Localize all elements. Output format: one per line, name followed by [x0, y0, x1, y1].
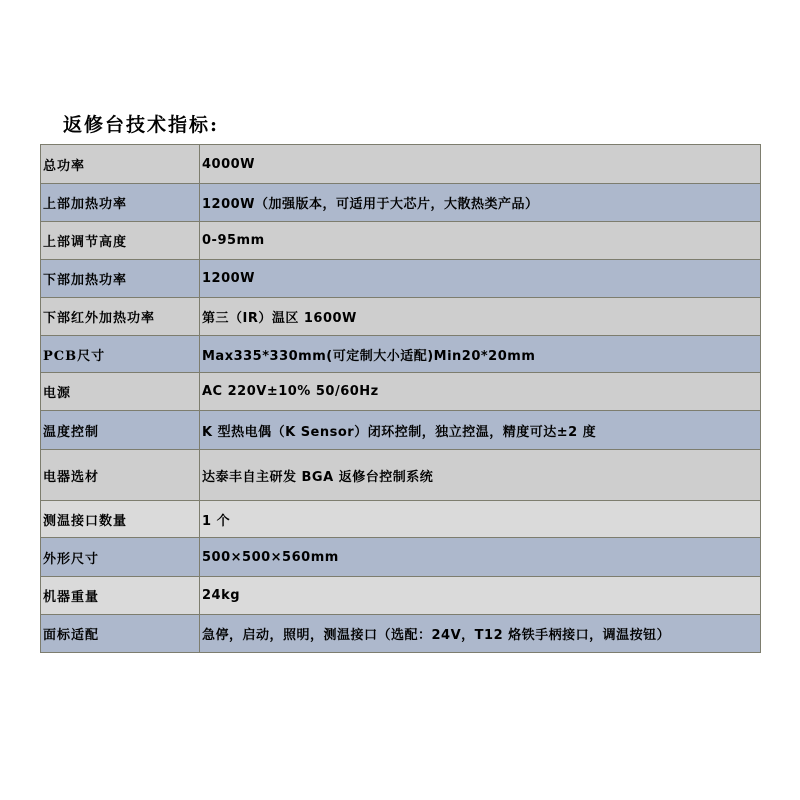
spec-label: 面标适配 [41, 615, 200, 653]
table-row: 上部加热功率 1200W（加强版本，可适用于大芯片，大散热类产品） [41, 184, 761, 222]
spec-value: 急停，启动，照明，测温接口（选配：24V，T12 烙铁手柄接口，调温按钮） [200, 615, 761, 653]
table-row: 电器选材 达泰丰自主研发 BGA 返修台控制系统 [41, 450, 761, 501]
table-row: 下部红外加热功率 第三（IR）温区 1600W [41, 298, 761, 336]
table-row: 外形尺寸 500×500×560mm [41, 538, 761, 577]
table-row: 电源 AC 220V±10% 50/60Hz [41, 373, 761, 411]
table-row: PCB尺寸 Max335*330mm(可定制大小适配)Min20*20mm [41, 336, 761, 373]
spec-value: 达泰丰自主研发 BGA 返修台控制系统 [200, 450, 761, 501]
table-row: 上部调节高度 0-95mm [41, 222, 761, 260]
spec-value: 1200W [200, 260, 761, 298]
table-row: 测温接口数量 1 个 [41, 501, 761, 538]
spec-table: 总功率 4000W 上部加热功率 1200W（加强版本，可适用于大芯片，大散热类… [40, 144, 761, 653]
spec-label: 电器选材 [41, 450, 200, 501]
spec-label: 上部调节高度 [41, 222, 200, 260]
spec-value: 500×500×560mm [200, 538, 761, 577]
spec-label: 机器重量 [41, 577, 200, 615]
spec-label: 测温接口数量 [41, 501, 200, 538]
spec-label: 上部加热功率 [41, 184, 200, 222]
spec-value: 24kg [200, 577, 761, 615]
spec-value: 第三（IR）温区 1600W [200, 298, 761, 336]
table-row: 下部加热功率 1200W [41, 260, 761, 298]
spec-value: 1 个 [200, 501, 761, 538]
spec-value: K 型热电偶（K Sensor）闭环控制，独立控温，精度可达±2 度 [200, 411, 761, 450]
table-row: 机器重量 24kg [41, 577, 761, 615]
spec-label: PCB尺寸 [41, 336, 200, 373]
table-row: 总功率 4000W [41, 145, 761, 184]
spec-value: 4000W [200, 145, 761, 184]
spec-label: 总功率 [41, 145, 200, 184]
spec-label: 温度控制 [41, 411, 200, 450]
spec-value: 0-95mm [200, 222, 761, 260]
table-row: 面标适配 急停，启动，照明，测温接口（选配：24V，T12 烙铁手柄接口，调温按… [41, 615, 761, 653]
spec-value: 1200W（加强版本，可适用于大芯片，大散热类产品） [200, 184, 761, 222]
spec-value: Max335*330mm(可定制大小适配)Min20*20mm [200, 336, 761, 373]
spec-label: 下部加热功率 [41, 260, 200, 298]
spec-label: 电源 [41, 373, 200, 411]
spec-label: 下部红外加热功率 [41, 298, 200, 336]
page-title: 返修台技术指标: [63, 110, 219, 137]
table-row: 温度控制 K 型热电偶（K Sensor）闭环控制，独立控温，精度可达±2 度 [41, 411, 761, 450]
spec-value: AC 220V±10% 50/60Hz [200, 373, 761, 411]
spec-label: 外形尺寸 [41, 538, 200, 577]
